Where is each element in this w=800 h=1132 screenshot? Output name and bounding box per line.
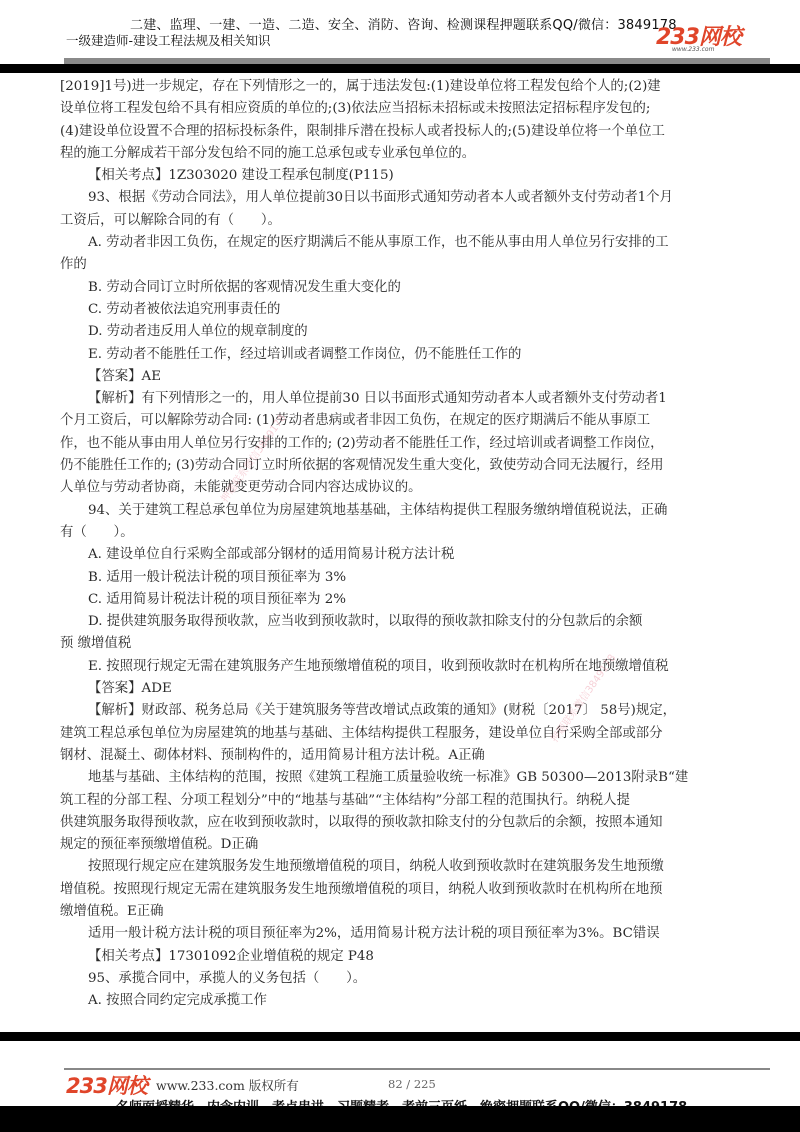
text-line: 【答案】AE xyxy=(60,366,760,388)
page-number: 82 / 225 xyxy=(388,1077,436,1091)
text-line: 94、关于建筑工程总承包单位为房屋建筑地基基础，主体结构提供工程服务缴纳增值税说… xyxy=(60,500,760,522)
footer-logo: 233网校 xyxy=(66,1070,147,1100)
logo-url: www.233.com xyxy=(672,46,714,53)
text-line: A. 劳动者非因工负伤，在规定的医疗期满后不能从事原工作，也不能从事由用人单位另… xyxy=(60,232,760,254)
text-line: D. 劳动者违反用人单位的规章制度的 xyxy=(60,321,760,343)
text-line: 建筑工程总承包单位为房屋建筑的地基与基础、主体结构提供工程服务，建设单位自行采购… xyxy=(60,723,760,745)
text-line: 规定的预征率预缴增值税。D正确 xyxy=(60,834,760,856)
text-line: A. 按照合同约定完成承揽工作 xyxy=(60,990,760,1012)
text-line: 有（ ）。 xyxy=(60,522,760,544)
text-line: 个月工资后，可以解除劳动合同: (1)劳动者患病或者非因工负伤，在规定的医疗期满… xyxy=(60,410,760,432)
text-line: 增值税。按照现行规定无需在建筑服务发生地预缴增值税的项目，纳税人收到预收款时在机… xyxy=(60,879,760,901)
document-subtitle: 一级建造师-建设工程法规及相关知识 xyxy=(66,31,271,49)
text-line: B. 适用一般计税法计税的项目预征率为 3% xyxy=(60,567,760,589)
text-line: 【答案】ADE xyxy=(60,678,760,700)
text-line: 93、根据《劳动合同法》，用人单位提前30日以书面形式通知劳动者本人或者额外支付… xyxy=(60,187,760,209)
text-line: 程的施工分解成若干部分发包给不同的施工总承包或专业承包单位的。 xyxy=(60,143,760,165)
text-line: 【解析】有下列情形之一的，用人单位提前30 日以书面形式通知劳动者本人或者额外支… xyxy=(60,388,760,410)
text-line: 95、承揽合同中，承揽人的义务包括（ ）。 xyxy=(60,968,760,990)
page-edge-bar-bottom xyxy=(0,1032,800,1041)
text-line: 预 缴增值税 xyxy=(60,633,760,655)
footer-divider xyxy=(64,1068,770,1070)
text-line: 筑工程的分部工程、分项工程划分”中的“地基与基础”“主体结构”分部工程的范围执行… xyxy=(60,790,760,812)
text-line: A. 建设单位自行采购全部或部分钢材的适用简易计税方法计税 xyxy=(60,544,760,566)
text-line: 作的 xyxy=(60,254,760,276)
text-line: C. 劳动者被依法追究刑事责任的 xyxy=(60,299,760,321)
text-line: 地基与基础、主体结构的范围，按照《建筑工程施工质量验收统一标准》GB 50300… xyxy=(60,767,760,789)
text-line: D. 提供建筑服务取得预收款，应当收到预收款时，以取得的预收款扣除支付的分包款后… xyxy=(60,611,760,633)
text-line: 作，也不能从事由用人单位另行安排的工作的; (2)劳动者不能胜任工作，经过培训或… xyxy=(60,433,760,455)
text-line: (4)建设单位设置不合理的招标投标条件，限制排斥潜在投标人或者投标人的;(5)建… xyxy=(60,121,760,143)
text-line: 适用一般计税方法计税的项目预征率为2%，适用简易计税方法计税的项目预征率为3%。… xyxy=(60,923,760,945)
footer-copyright: www.233.com 版权所有 xyxy=(156,1076,299,1094)
brand-logo: 233网校 www.233.com xyxy=(656,20,766,56)
text-line: 钢材、混凝土、砌体材料、预制构件的，适用简易计租方法计税。A正确 xyxy=(60,745,760,767)
text-line: [2019]1号)进一步规定，存在下列情形之一的，属于违法发包:(1)建设单位将… xyxy=(60,76,760,98)
text-line: E. 劳动者不能胜任工作，经过培训或者调整工作岗位，仍不能胜任工作的 xyxy=(60,344,760,366)
text-line: 供建筑服务取得预收款，应在收到预收款时，以取得的预收款扣除支付的分包款后的余额，… xyxy=(60,812,760,834)
document-body: [2019]1号)进一步规定，存在下列情形之一的，属于违法发包:(1)建设单位将… xyxy=(60,76,760,1012)
text-line: E. 按照现行规定无需在建筑服务产生地预缴增值税的项目，收到预收款时在机构所在地… xyxy=(60,656,760,678)
text-line: 按照现行规定应在建筑服务发生地预缴增值税的项目，纳税人收到预收款时在建筑服务发生… xyxy=(60,856,760,878)
text-line: 【解析】财政部、税务总局《关于建筑服务等营改增试点政策的通知》(财税〔2017〕… xyxy=(60,700,760,722)
page-edge-bar-top xyxy=(0,64,800,73)
page-edge-bar-footer xyxy=(0,1106,800,1132)
text-line: 【相关考点】1Z303020 建设工程承包制度(P115) xyxy=(60,165,760,187)
text-line: 仍不能胜任工作的; (3)劳动合同订立时所依据的客观情况发生重大变化，致使劳动合… xyxy=(60,455,760,477)
text-line: 设单位将工程发包给不具有相应资质的单位的;(3)依法应当招标未招标或未按照法定招… xyxy=(60,98,760,120)
text-line: C. 适用简易计税法计税的项目预征率为 2% xyxy=(60,589,760,611)
text-line: 【相关考点】17301092企业增值税的规定 P48 xyxy=(60,946,760,968)
text-line: 工资后，可以解除合同的有（ ）。 xyxy=(60,210,760,232)
text-line: 缴增值税。E正确 xyxy=(60,901,760,923)
text-line: 人单位与劳动者协商，未能就变更劳动合同内容达成协议的。 xyxy=(60,477,760,499)
text-line: B. 劳动合同订立时所依据的客观情况发生重大变化的 xyxy=(60,277,760,299)
